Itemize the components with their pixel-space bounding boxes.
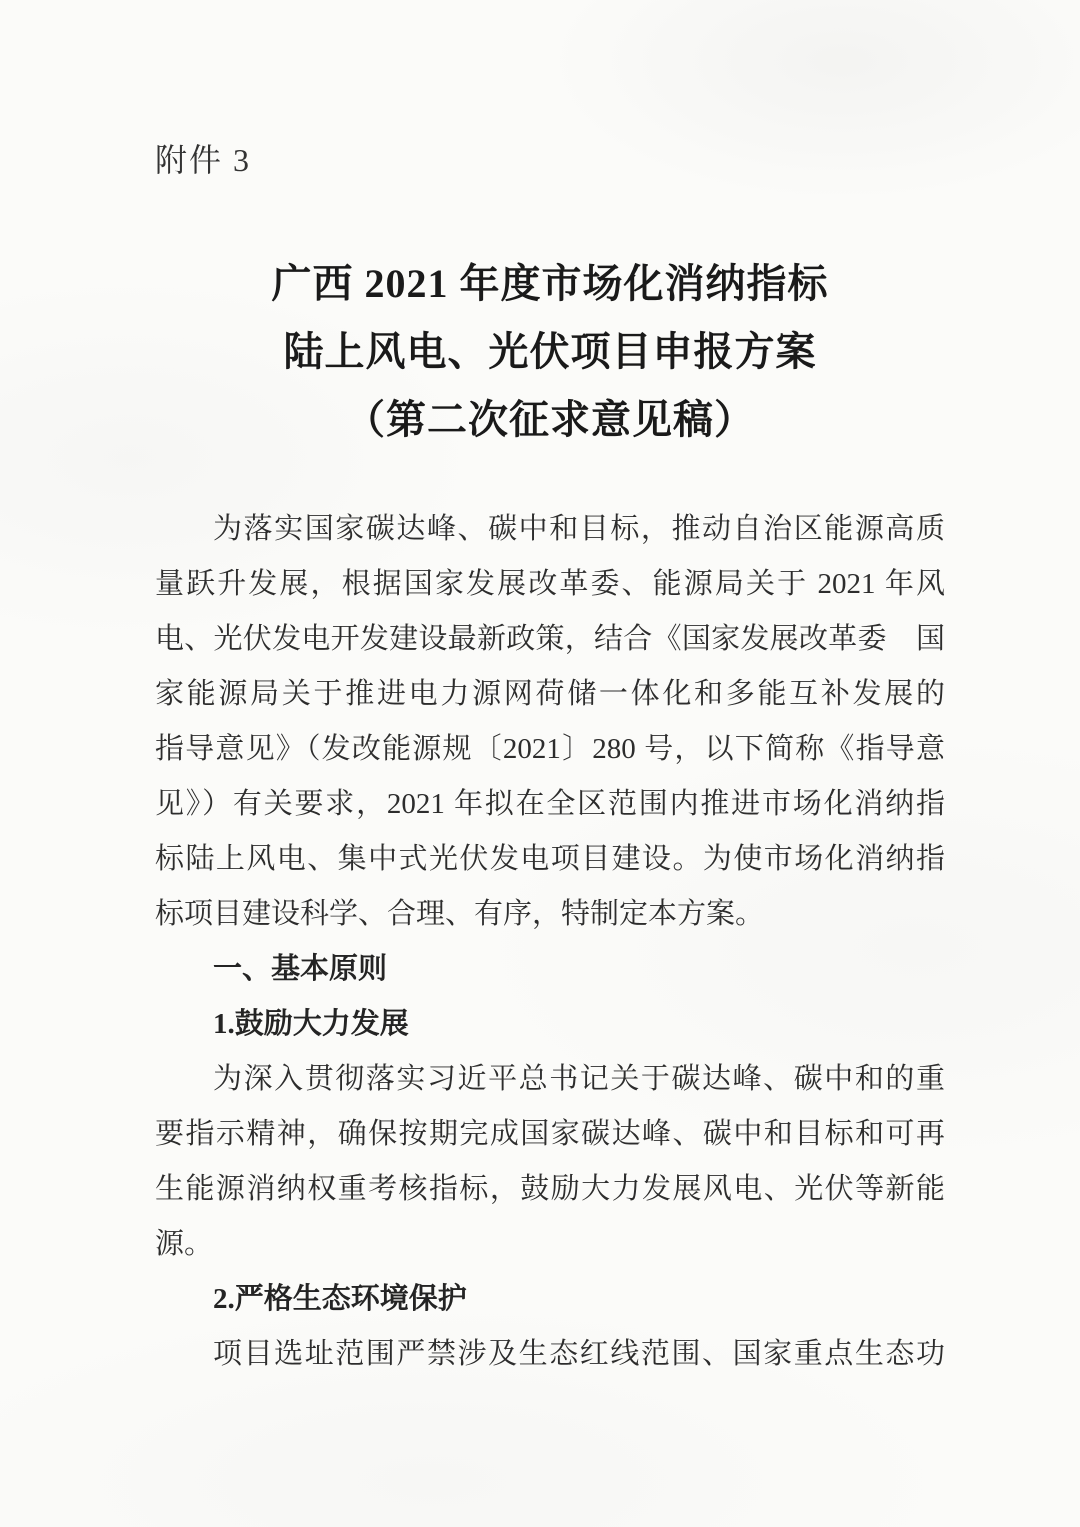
body-line: 见》）有关要求，2021 年拟在全区范围内推进市场化消纳指 — [155, 777, 945, 832]
body-line: 电、光伏发电开发建设最新政策，结合《国家发展改革委 国 — [155, 612, 945, 667]
body-line: 标项目建设科学、合理、有序，特制定本方案。 — [155, 887, 945, 942]
subsection-heading-ecological-protection: 2.严格生态环境保护 — [155, 1272, 945, 1327]
body-line: 源。 — [155, 1217, 945, 1272]
body-line: 为深入贯彻落实习近平总书记关于碳达峰、碳中和的重 — [155, 1052, 945, 1107]
subsection-heading-encourage-development: 1.鼓励大力发展 — [155, 997, 945, 1052]
document-body: 为落实国家碳达峰、碳中和目标，推动自治区能源高质 量跃升发展，根据国家发展改革委… — [155, 502, 945, 1382]
attachment-label: 附件 3 — [155, 140, 945, 180]
body-line: 项目选址范围严禁涉及生态红线范围、国家重点生态功 — [155, 1327, 945, 1382]
document-page: 附件 3 广西 2021 年度市场化消纳指标 陆上风电、光伏项目申报方案 （第二… — [0, 0, 1080, 1527]
document-content: 附件 3 广西 2021 年度市场化消纳指标 陆上风电、光伏项目申报方案 （第二… — [155, 140, 945, 1382]
body-line: 为落实国家碳达峰、碳中和目标，推动自治区能源高质 — [155, 502, 945, 557]
body-line: 要指示精神，确保按期完成国家碳达峰、碳中和目标和可再 — [155, 1107, 945, 1162]
body-line: 量跃升发展，根据国家发展改革委、能源局关于 2021 年风 — [155, 557, 945, 612]
title-line-3: （第二次征求意见稿） — [155, 386, 945, 454]
title-line-1: 广西 2021 年度市场化消纳指标 — [155, 250, 945, 318]
body-line: 标陆上风电、集中式光伏发电项目建设。为使市场化消纳指 — [155, 832, 945, 887]
body-line: 生能源消纳权重考核指标，鼓励大力发展风电、光伏等新能 — [155, 1162, 945, 1217]
body-line: 指导意见》（发改能源规〔2021〕280 号，以下简称《指导意 — [155, 722, 945, 777]
section-heading-basic-principles: 一、基本原则 — [155, 942, 945, 997]
body-line: 家能源局关于推进电力源网荷储一体化和多能互补发展的 — [155, 667, 945, 722]
document-title: 广西 2021 年度市场化消纳指标 陆上风电、光伏项目申报方案 （第二次征求意见… — [155, 250, 945, 454]
title-line-2: 陆上风电、光伏项目申报方案 — [155, 318, 945, 386]
